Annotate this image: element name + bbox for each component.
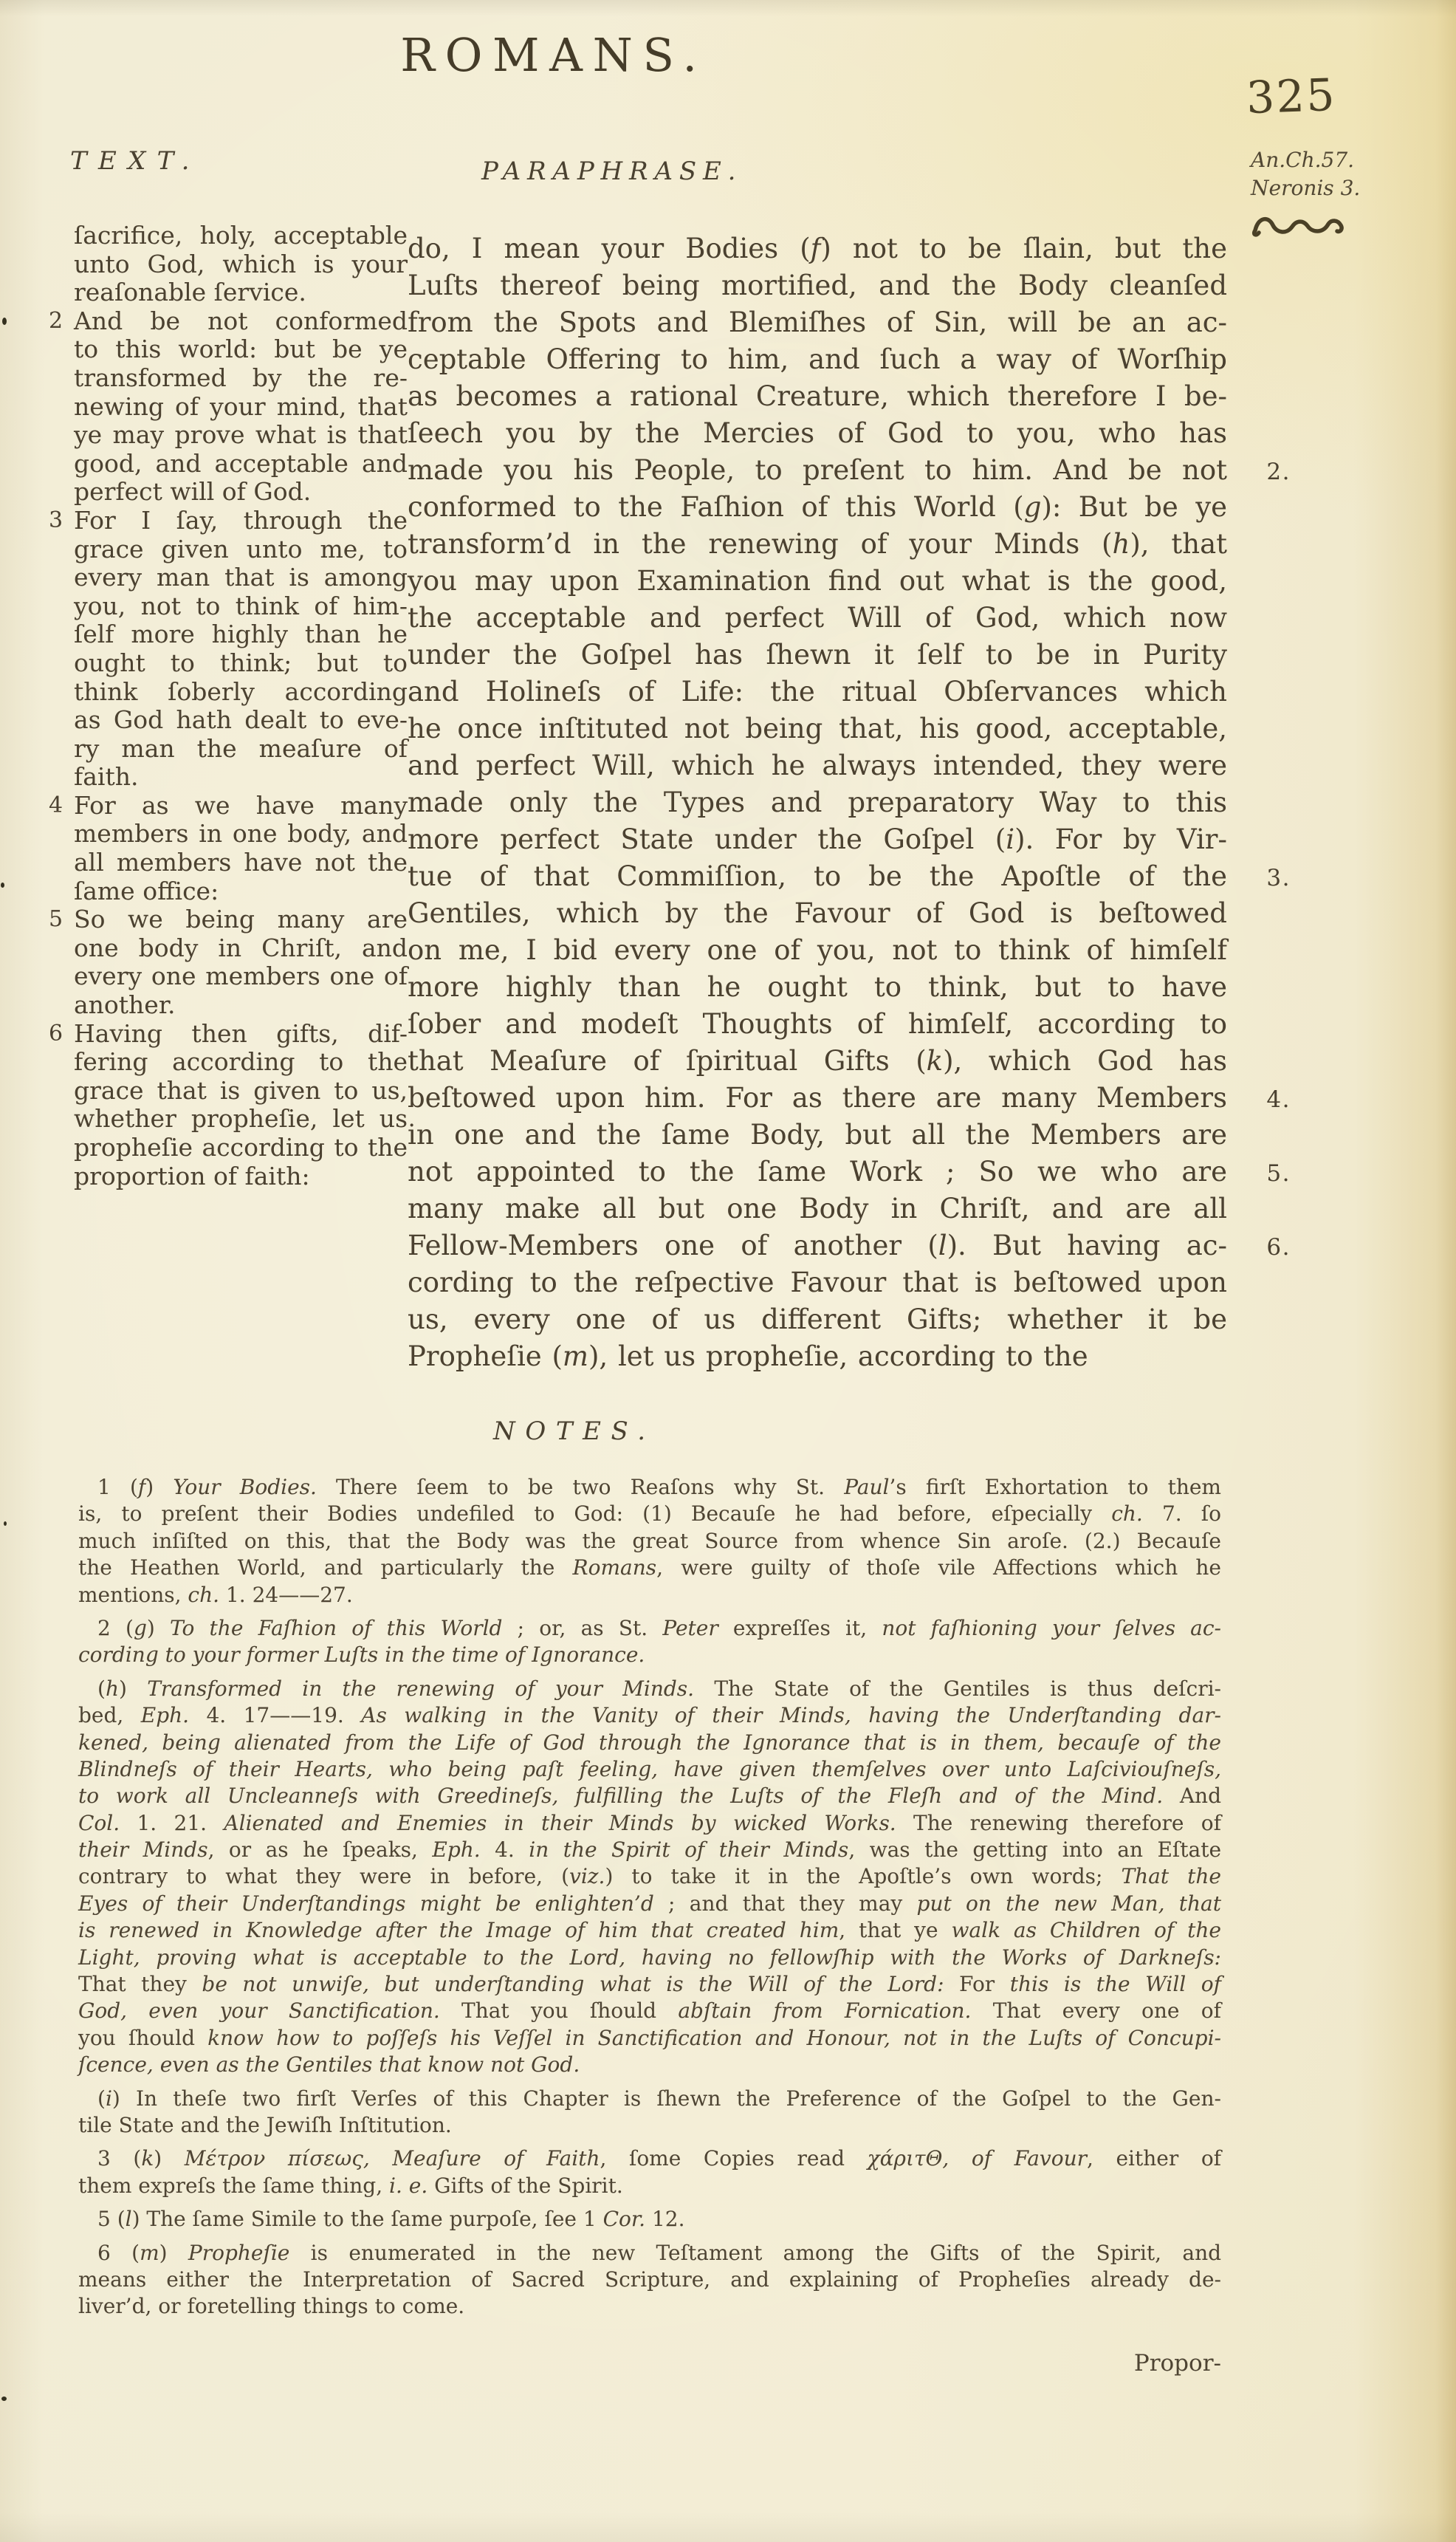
notes-section: 1 (f) Your Bodies. There ſeem to be two … [78, 1474, 1221, 2327]
text-line: means either the Interpretation of Sacre… [78, 2267, 1221, 2293]
text-line: as becomes a rational Creature, which th… [408, 378, 1227, 415]
paraphrase-column-heading: PARAPHRASE. [481, 157, 742, 186]
margin-note-reign: Neronis 3. [1251, 176, 1360, 200]
text-line: more perfect State under the Goſpel (i).… [408, 821, 1227, 858]
text-line: you may upon Examination find out what i… [408, 563, 1227, 600]
note-paragraph: (i) In theſe two firſt Verſes of this Ch… [78, 2086, 1221, 2140]
text-line: is, to preſent their Bodies undefiled to… [78, 1501, 1221, 1527]
text-line: Blindneſs of their Hearts, who being paſ… [78, 1756, 1221, 1783]
text-line: all members have not the [74, 849, 408, 877]
note-paragraph: 2 (g) To the Faſhion of this World ; or,… [78, 1615, 1221, 1669]
text-column-heading: TEXT. [70, 146, 201, 176]
text-line: ye may prove what is that [74, 421, 408, 450]
text-line: to this world: but be ye [74, 335, 408, 364]
text-line: Eyes of their Underſtandings might be en… [78, 1891, 1221, 1917]
text-line: good, and acceptable and [74, 450, 408, 479]
paraphrase-column: do, I mean your Bodies (f) not to be ſla… [408, 230, 1227, 1375]
text-line: think ſoberly according [74, 678, 408, 707]
margin-verse-number: 6. [1266, 1229, 1291, 1266]
text-line: more highly than he ought to think, but … [408, 969, 1227, 1006]
text-line: us, every one of us different Gifts; whe… [408, 1301, 1227, 1338]
text-line: another. [74, 991, 408, 1020]
text-line: ceptable Offering to him, and ſuch a way… [408, 341, 1227, 378]
verse-number: 3 [49, 507, 63, 535]
text-line: under the Goſpel has ſhewn it ſelf to be… [408, 637, 1227, 674]
text-line: liver’d, or foretelling things to come. [78, 2293, 1221, 2320]
text-line: the acceptable and perfect Will of God, … [408, 600, 1227, 637]
text-line: you, not to think of him- [74, 592, 408, 621]
text-line: (h) Transformed in the renewing of your … [78, 1676, 1221, 1702]
text-line: For I ſay, through the3 [74, 507, 408, 535]
text-line: God, even your Sanctification. That you … [78, 1998, 1221, 2024]
note-paragraph: 1 (f) Your Bodies. There ſeem to be two … [78, 1474, 1221, 1609]
margin-verse-number: 4. [1266, 1081, 1291, 1118]
text-column: ſacrifice, holy, acceptableunto God, whi… [74, 222, 408, 1191]
text-line: ſacrifice, holy, acceptable [74, 222, 408, 250]
text-line: 6 (m) Propheſie is enumerated in the new… [78, 2240, 1221, 2267]
note-paragraph: (h) Transformed in the renewing of your … [78, 1676, 1221, 2079]
text-line: unto God, which is your [74, 250, 408, 279]
text-line: 1 (f) Your Bodies. There ſeem to be two … [78, 1474, 1221, 1501]
note-paragraph: 3 (k) Μέτρον πίσεως, Meaſure of Faith, ſ… [78, 2145, 1221, 2199]
book-page: ROMANS. 325 An.Ch.57. Neronis 3. TEXT. P… [0, 0, 1456, 2542]
text-line: the Heathen World, and particularly the … [78, 1555, 1221, 1581]
text-line: tue of that Commiſſion, to be the Apoſtl… [408, 858, 1227, 895]
text-line: their Minds, or as he ſpeaks, Eph. 4. in… [78, 1837, 1221, 1863]
text-line: made only the Types and preparatory Way … [408, 784, 1227, 821]
text-line: Propheſie (m), let us propheſie, accordi… [408, 1338, 1227, 1375]
notes-heading: NOTES. [493, 1416, 656, 1446]
margin-verse-number: 5. [1266, 1155, 1291, 1192]
verse-number: 5 [49, 905, 63, 934]
text-line: them expreſs the ſame thing, i. e. Gifts… [78, 2173, 1221, 2199]
text-line: that Meaſure of ſpiritual Gifts (k), whi… [408, 1043, 1227, 1080]
text-line: reaſonable ſervice. [74, 278, 408, 307]
text-line: transformed by the re- [74, 364, 408, 393]
text-line: you ſhould know how to poſſeſs his Veſſe… [78, 2025, 1221, 2052]
text-line: cording to your former Luſts in the time… [78, 1642, 1221, 1668]
text-line: do, I mean your Bodies (f) not to be ſla… [408, 230, 1227, 267]
catchword: Propor- [78, 2350, 1221, 2377]
text-line: ought to think; but to [74, 649, 408, 678]
text-line: members in one body, and [74, 820, 408, 849]
text-line: (i) In theſe two firſt Verſes of this Ch… [78, 2086, 1221, 2112]
margin-verse-number: 2. [1266, 453, 1291, 490]
text-line: not appointed to the ſame Work ; So we w… [408, 1154, 1227, 1191]
text-line: For as we have many4 [74, 792, 408, 821]
text-line: Gentiles, which by the Favour of God is … [408, 895, 1227, 932]
running-head-title: ROMANS. [399, 28, 709, 82]
verse-number: 4 [49, 792, 63, 821]
margin-verse-number: 3. [1266, 860, 1291, 897]
text-line: ſcence, even as the Gentiles that know n… [78, 2052, 1221, 2078]
text-line: much inſiſted on this, that the Body was… [78, 1528, 1221, 1555]
text-line: propheſie according to the [74, 1134, 408, 1162]
text-line: faith. [74, 763, 408, 792]
text-line: cording to the reſpective Favour that is… [408, 1264, 1227, 1301]
text-line: contrary to what they were in before, (v… [78, 1863, 1221, 1890]
text-line: grace that is given to us, [74, 1077, 408, 1106]
text-line: many make all but one Body in Chriſt, an… [408, 1191, 1227, 1227]
text-line: on me, I bid every one of you, not to th… [408, 932, 1227, 969]
text-line: That they be not unwiſe, but underſtandi… [78, 1971, 1221, 1998]
verse-number: 2 [49, 307, 63, 336]
text-line: fering according to the [74, 1048, 408, 1077]
text-line: one body in Chriſt, and [74, 934, 408, 963]
text-line: as God hath dealt to eve- [74, 706, 408, 735]
note-paragraph: 5 (l) The ſame Simile to the ſame purpoſ… [78, 2206, 1221, 2233]
page-number: 325 [1246, 69, 1337, 124]
text-line: he once inſtituted not being that, his g… [408, 710, 1227, 747]
text-line: ſelf more highly than he [74, 620, 408, 649]
text-line: mentions, ch. 1. 24——27. [78, 1582, 1221, 1609]
text-line: ry man the meaſure of [74, 735, 408, 764]
text-line: grace given unto me, to [74, 535, 408, 564]
squiggle-ornament-icon [1249, 208, 1347, 242]
margin-note-year: An.Ch.57. [1251, 148, 1354, 172]
text-line: and Holineſs of Life: the ritual Obſerva… [408, 674, 1227, 710]
text-line: is renewed in Knowledge after the Image … [78, 1917, 1221, 1944]
text-line: conformed to the Faſhion of this World (… [408, 489, 1227, 526]
text-line: Light, proving what is acceptable to the… [78, 1945, 1221, 1971]
text-line: from the Spots and Blemiſhes of Sin, wil… [408, 304, 1227, 341]
text-line: So we being many are5 [74, 905, 408, 934]
text-line: Fellow-Members one of another (l). But h… [408, 1227, 1227, 1264]
text-line: in one and the ſame Body, but all the Me… [408, 1117, 1227, 1154]
text-line: tile State and the Jewiſh Inſtitution. [78, 2112, 1221, 2139]
text-line: made you his People, to preſent to him. … [408, 452, 1227, 489]
text-line: ſober and modeſt Thoughts of himſelf, ac… [408, 1006, 1227, 1043]
text-line: ſeech you by the Mercies of God to you, … [408, 415, 1227, 452]
text-line: transform’d in the renewing of your Mind… [408, 526, 1227, 563]
ink-speck [2, 318, 7, 325]
text-line: and perfect Will, which he always intend… [408, 747, 1227, 784]
text-line: Luſts thereof being mortified, and the B… [408, 267, 1227, 304]
text-line: beſtowed upon him. For as there are many… [408, 1080, 1227, 1117]
text-line: 5 (l) The ſame Simile to the ſame purpoſ… [78, 2206, 1221, 2233]
ink-speck [4, 1521, 7, 1526]
text-line: newing of your mind, that [74, 393, 408, 422]
text-line: 2 (g) To the Faſhion of this World ; or,… [78, 1615, 1221, 1642]
text-line: whether propheſie, let us [74, 1105, 408, 1134]
text-line: every man that is among [74, 563, 408, 592]
text-line: kened, being alienated from the Life of … [78, 1730, 1221, 1756]
text-line: Having then gifts, dif-6 [74, 1020, 408, 1049]
text-line: ſame office: [74, 877, 408, 906]
ink-speck [1, 2397, 7, 2401]
text-line: every one members one of [74, 962, 408, 991]
text-line: proportion of faith: [74, 1162, 408, 1191]
text-line: bed, Eph. 4. 17——19. As walking in the V… [78, 1702, 1221, 1729]
text-line: perfect will of God. [74, 478, 408, 507]
text-line: And be not conformed2 [74, 307, 408, 336]
text-line: to work all Uncleanneſs with Greedineſs,… [78, 1783, 1221, 1809]
note-paragraph: 6 (m) Propheſie is enumerated in the new… [78, 2240, 1221, 2320]
text-line: Col. 1. 21. Alienated and Enemies in the… [78, 1810, 1221, 1837]
verse-number: 6 [49, 1020, 63, 1049]
ink-speck [1, 883, 4, 888]
text-line: 3 (k) Μέτρον πίσεως, Meaſure of Faith, ſ… [78, 2145, 1221, 2172]
